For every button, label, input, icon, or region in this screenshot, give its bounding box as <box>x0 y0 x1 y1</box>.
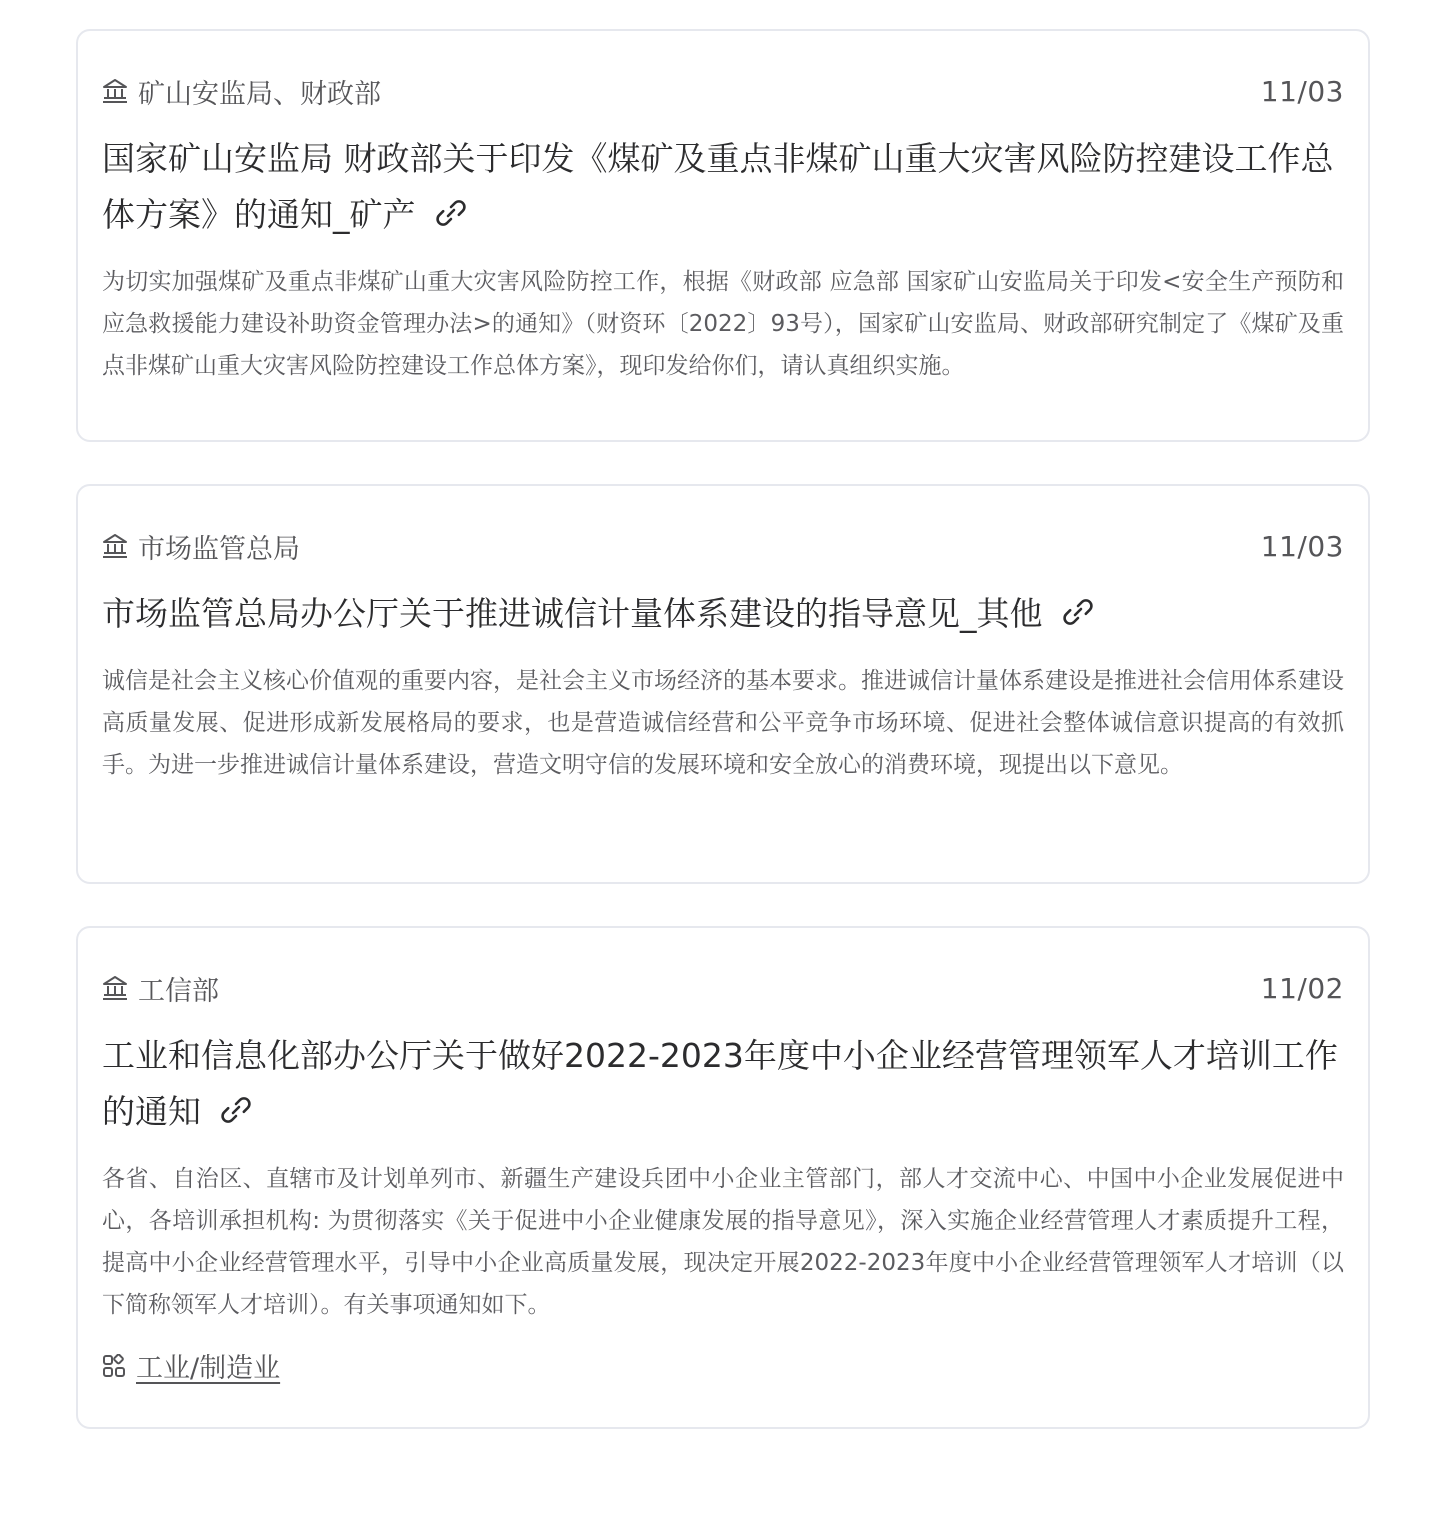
article-feed: 矿山安监局、财政部 11/03 国家矿山安监局 财政部关于印发《煤矿及重点非煤矿… <box>76 29 1370 1471</box>
industry-tag-label[interactable]: 工业/制造业 <box>136 1346 280 1385</box>
publish-date: 11/02 <box>1261 972 1344 1005</box>
source-name: 矿山安监局、财政部 <box>138 72 381 111</box>
article-summary: 诚信是社会主义核心价值观的重要内容，是社会主义市场经济的基本要求。推进诚信计量体… <box>102 660 1344 786</box>
government-building-icon <box>102 975 128 1001</box>
article-title-text[interactable]: 市场监管总局办公厅关于推进诚信计量体系建设的指导意见_其他 <box>102 594 1043 633</box>
link-icon[interactable] <box>219 1088 253 1122</box>
link-icon[interactable] <box>1061 590 1095 624</box>
card-header: 矿山安监局、财政部 11/03 <box>102 71 1344 111</box>
article-title[interactable]: 国家矿山安监局 财政部关于印发《煤矿及重点非煤矿山重大灾害风险防控建设工作总体方… <box>102 131 1344 243</box>
government-building-icon <box>102 533 128 559</box>
source-agency: 矿山安监局、财政部 <box>102 72 381 111</box>
source-agency: 市场监管总局 <box>102 527 300 566</box>
article-title[interactable]: 市场监管总局办公厅关于推进诚信计量体系建设的指导意见_其他 <box>102 586 1344 642</box>
card-header: 工信部 11/02 <box>102 968 1344 1008</box>
government-building-icon <box>102 78 128 104</box>
card-header: 市场监管总局 11/03 <box>102 526 1344 566</box>
article-card[interactable]: 矿山安监局、财政部 11/03 国家矿山安监局 财政部关于印发《煤矿及重点非煤矿… <box>76 29 1370 442</box>
article-title-text[interactable]: 国家矿山安监局 财政部关于印发《煤矿及重点非煤矿山重大灾害风险防控建设工作总体方… <box>102 139 1334 234</box>
article-card[interactable]: 工信部 11/02 工业和信息化部办公厅关于做好2022-2023年度中小企业经… <box>76 926 1370 1429</box>
industry-tag[interactable]: 工业/制造业 <box>102 1346 1344 1385</box>
publish-date: 11/03 <box>1261 75 1344 108</box>
source-name: 工信部 <box>138 969 219 1008</box>
link-icon[interactable] <box>434 191 468 225</box>
source-name: 市场监管总局 <box>138 527 300 566</box>
article-card[interactable]: 市场监管总局 11/03 市场监管总局办公厅关于推进诚信计量体系建设的指导意见_… <box>76 484 1370 884</box>
article-summary: 为切实加强煤矿及重点非煤矿山重大灾害风险防控工作，根据《财政部 应急部 国家矿山… <box>102 261 1344 387</box>
source-agency: 工信部 <box>102 969 219 1008</box>
article-title[interactable]: 工业和信息化部办公厅关于做好2022-2023年度中小企业经营管理领军人才培训工… <box>102 1028 1344 1140</box>
article-title-text[interactable]: 工业和信息化部办公厅关于做好2022-2023年度中小企业经营管理领军人才培训工… <box>102 1036 1338 1131</box>
category-grid-icon <box>102 1354 126 1378</box>
article-summary: 各省、自治区、直辖市及计划单列市、新疆生产建设兵团中小企业主管部门，部人才交流中… <box>102 1158 1344 1326</box>
publish-date: 11/03 <box>1261 530 1344 563</box>
